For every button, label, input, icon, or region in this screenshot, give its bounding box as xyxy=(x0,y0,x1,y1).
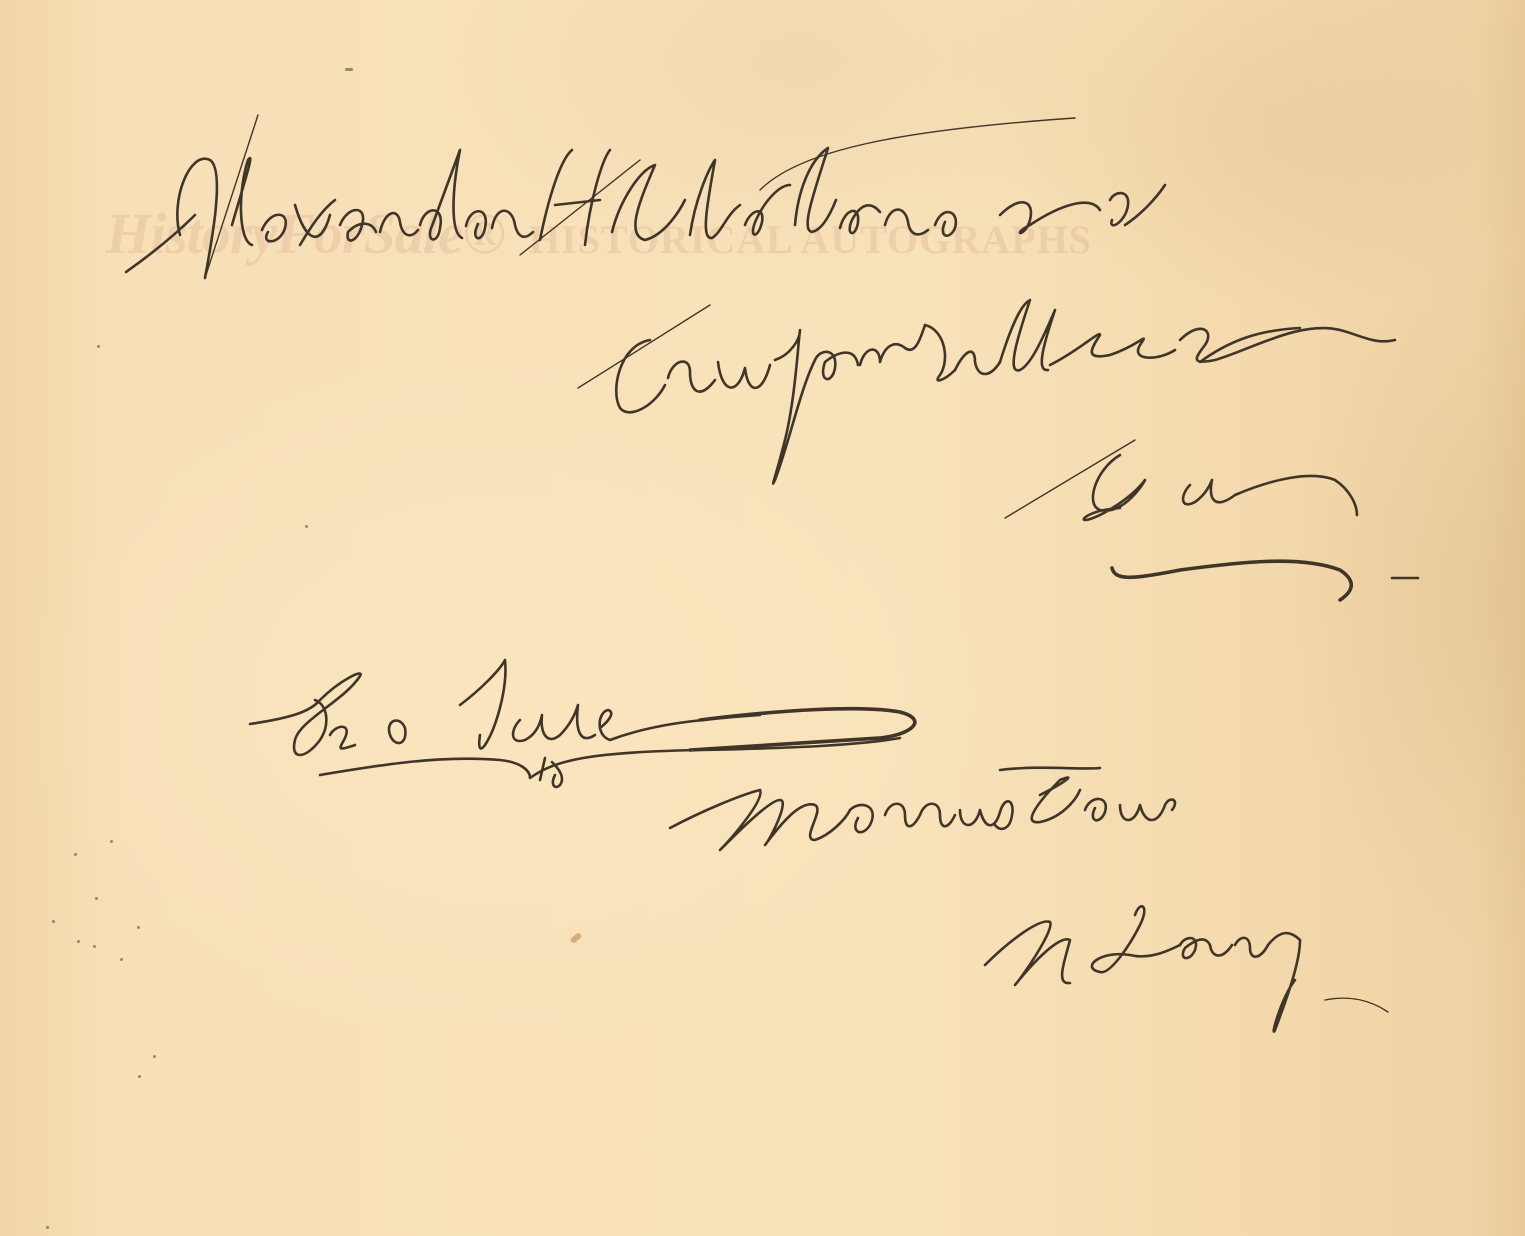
line-ga xyxy=(1005,440,1418,600)
foxing-speck xyxy=(153,1055,156,1058)
foxing-speck xyxy=(74,853,77,856)
foxing-speck xyxy=(93,945,96,948)
line-morristown xyxy=(670,768,1175,850)
foxing-speck xyxy=(110,840,113,843)
line-crawfordville xyxy=(578,300,1395,484)
foxing-speck xyxy=(46,1226,49,1229)
foxing-speck xyxy=(52,920,55,923)
foxing-speck xyxy=(120,958,123,961)
foxing-speck xyxy=(95,897,98,900)
foxing-speck xyxy=(345,68,353,71)
foxing-speck xyxy=(305,525,308,528)
signature-geo-vail xyxy=(250,660,915,787)
line-n-jersey xyxy=(985,906,1388,1031)
foxing-speck xyxy=(77,940,80,943)
foxing-speck xyxy=(97,345,100,348)
autograph-page: HistoryForSale® HISTORICAL AUTOGRAPHS Al… xyxy=(0,0,1525,1236)
foxing-speck xyxy=(137,926,140,929)
foxing-speck xyxy=(138,1075,141,1078)
handwriting-ink xyxy=(0,0,1525,1236)
signature-alexander-h-stephens xyxy=(126,115,1165,278)
